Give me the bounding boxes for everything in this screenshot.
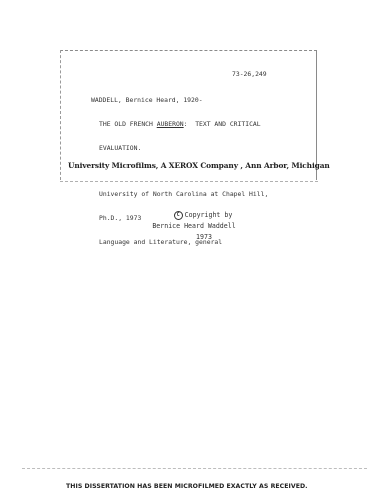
copyright-label-line: CCopyright by xyxy=(0,210,388,221)
footer-divider xyxy=(22,468,367,469)
title-line-2: EVALUATION. xyxy=(91,144,268,152)
title-prefix: THE OLD FRENCH xyxy=(99,120,157,128)
author-line: WADDELL, Bernice Heard, 1920- xyxy=(91,96,268,104)
copyright-label: Copyright by xyxy=(185,211,233,219)
copyright-block: CCopyright by Bernice Heard Waddell 1973 xyxy=(0,210,388,243)
copyright-holder: Bernice Heard Waddell xyxy=(0,221,388,232)
accession-number: 73-26,249 xyxy=(232,70,267,78)
copyright-year: 1973 xyxy=(0,232,388,243)
title-suffix: : TEXT AND CRITICAL xyxy=(184,120,261,128)
publisher-line: University Microfilms, A XEROX Company ,… xyxy=(68,161,330,170)
institution-line: University of North Carolina at Chapel H… xyxy=(91,190,268,198)
microfilm-notice: THIS DISSERTATION HAS BEEN MICROFILMED E… xyxy=(66,483,308,490)
copyright-symbol-icon: C xyxy=(174,211,183,220)
title-underlined: AUBERON xyxy=(157,120,184,128)
title-line: THE OLD FRENCH AUBERON: TEXT AND CRITICA… xyxy=(91,120,268,128)
